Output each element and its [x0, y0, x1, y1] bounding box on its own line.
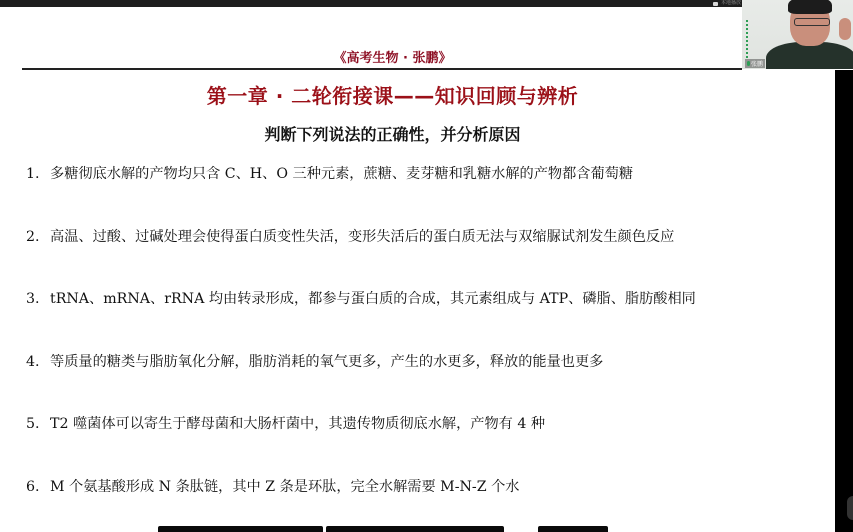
screen: 本地播放 《高考生物 · 张鹏》 第一章 · 二轮衔接课——知识回顾与辨析 判断… [0, 0, 853, 532]
webcam-name-tag: 张鹏 [745, 59, 765, 68]
statement-number: 1. [26, 164, 50, 184]
statement-item: 2. 高温、过酸、过碱处理会使得蛋白质变性失活，变形失活后的蛋白质无法与双缩脲试… [26, 227, 806, 290]
chapter-title: 第一章 · 二轮衔接课——知识回顾与辨析 [0, 80, 785, 109]
audio-level-meter [746, 20, 748, 60]
topbar-status-text: 本地播放 [721, 0, 741, 7]
presentation-slide: 《高考生物 · 张鹏》 第一章 · 二轮衔接课——知识回顾与辨析 判断下列说法的… [0, 7, 835, 532]
presenter-hand [839, 18, 851, 40]
caption-glyphs [538, 526, 608, 532]
statement-item: 1. 多糖彻底水解的产物均只含 C、H、O 三种元素，蔗糖、麦芽糖和乳糖水解的产… [26, 164, 806, 227]
presenter-hair [788, 0, 832, 14]
statement-text: 等质量的糖类与脂肪氧化分解，脂肪消耗的氧气更多，产生的水更多，释放的能量也更多 [50, 352, 603, 372]
presenter-glasses [794, 18, 830, 26]
topbar-status: 本地播放 [713, 0, 741, 7]
webcam-overlay[interactable]: 张鹏 [742, 0, 853, 69]
screen-icon [713, 2, 718, 6]
statement-text: tRNA、mRNA、rRNA 均由转录形成，都参与蛋白质的合成，其元素组成与 A… [50, 289, 696, 309]
header-divider [22, 68, 742, 70]
statement-item: 4. 等质量的糖类与脂肪氧化分解，脂肪消耗的氧气更多，产生的水更多，释放的能量也… [26, 352, 806, 415]
cut-off-caption-text [158, 521, 608, 532]
microphone-icon [747, 61, 750, 66]
statement-item: 3. tRNA、mRNA、rRNA 均由转录形成，都参与蛋白质的合成，其元素组成… [26, 289, 806, 352]
statement-number: 6. [26, 477, 50, 497]
statement-text: M 个氨基酸形成 N 条肽链，其中 Z 条是环肽，完全水解需要 M-N-Z 个水 [50, 477, 519, 497]
statement-text: 高温、过酸、过碱处理会使得蛋白质变性失活，变形失活后的蛋白质无法与双缩脲试剂发生… [50, 227, 674, 247]
slide-subtitle: 判断下列说法的正确性，并分析原因 [0, 122, 785, 145]
webcam-name: 张鹏 [751, 59, 763, 68]
top-bar: 本地播放 [0, 0, 853, 7]
statement-number: 3. [26, 289, 50, 309]
statement-list: 1. 多糖彻底水解的产物均只含 C、H、O 三种元素，蔗糖、麦芽糖和乳糖水解的产… [26, 164, 806, 532]
statement-text: T2 噬菌体可以寄生于酵母菌和大肠杆菌中，其遗传物质彻底水解，产物有 4 种 [50, 414, 545, 434]
statement-item: 5. T2 噬菌体可以寄生于酵母菌和大肠杆菌中，其遗传物质彻底水解，产物有 4 … [26, 414, 806, 477]
statement-text: 多糖彻底水解的产物均只含 C、H、O 三种元素，蔗糖、麦芽糖和乳糖水解的产物都含… [50, 164, 633, 184]
course-header-label: 《高考生物 · 张鹏》 [0, 47, 785, 66]
caption-glyphs [158, 526, 323, 532]
caption-glyphs [326, 526, 504, 532]
presenter-body [766, 42, 853, 69]
side-panel-strip [835, 70, 853, 532]
statement-number: 4. [26, 352, 50, 372]
statement-number: 5. [26, 414, 50, 434]
statement-number: 2. [26, 227, 50, 247]
side-panel-handle[interactable] [847, 496, 853, 520]
